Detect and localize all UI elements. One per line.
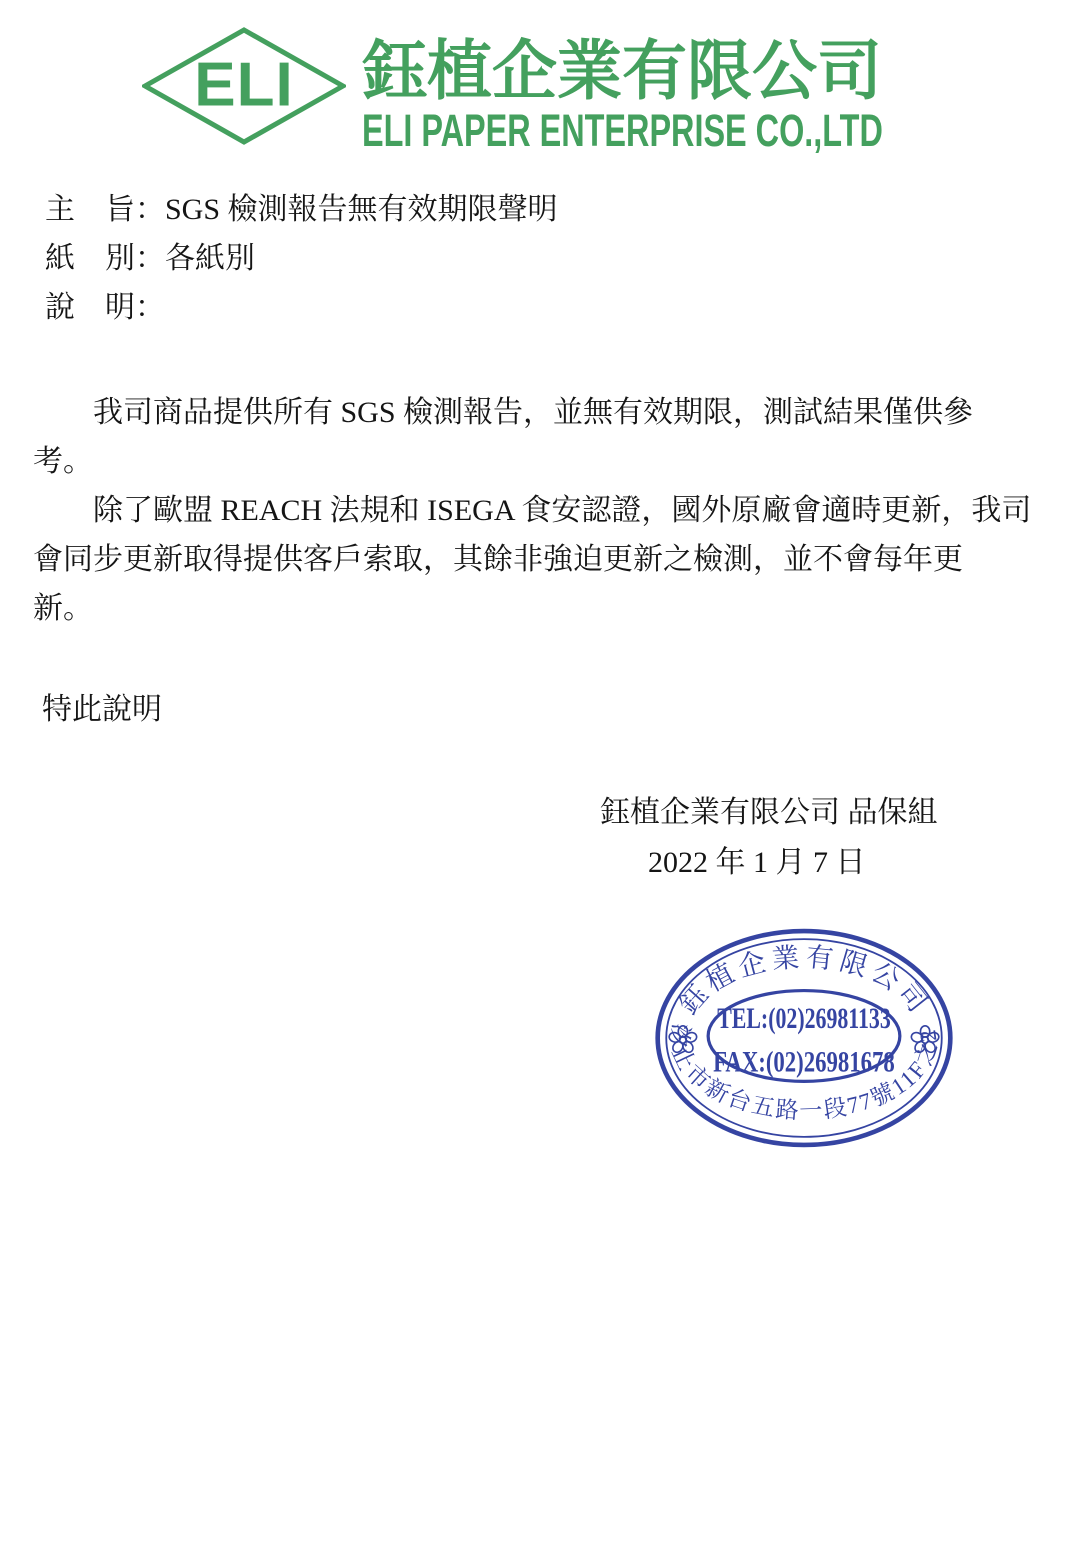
letter-fields: 主 旨：SGS 檢測報告無有效期限聲明 紙 別：各紙別 說 明： <box>45 185 558 332</box>
eli-diamond-logo-icon: ELI <box>142 26 346 146</box>
paragraph2-line2: 會同步更新取得提供客戶索取，其餘非強迫更新之檢測，並不會每年更 <box>33 535 1031 584</box>
subject-line: 主 旨：SGS 檢測報告無有效期限聲明 <box>45 185 558 234</box>
company-name-en: ELI PAPER ENTERPRISE CO.,LTD <box>362 108 883 154</box>
company-seal-stamp-icon: 鈺植企業有限公司 汐止市新台五路一段77號11F之2 TEL:(02)26981… <box>652 927 956 1149</box>
logo-acronym-text: ELI <box>194 50 293 119</box>
stamp-tel-number: TEL:(02)26981133 <box>717 1003 891 1035</box>
company-name-zh: 鈺植企業有限公司 <box>362 37 882 105</box>
paragraph1-line2: 考。 <box>33 437 1031 486</box>
signature-department: 鈺植企業有限公司 品保組 <box>600 787 938 831</box>
paragraph1-line1: 我司商品提供所有 SGS 檢測報告，並無有效期限，測試結果僅供參 <box>33 388 1031 437</box>
paper-type-line: 紙 別：各紙別 <box>45 234 558 283</box>
paragraph2-line3: 新。 <box>33 584 1031 633</box>
closing-statement: 特此說明 <box>42 684 162 728</box>
signature-date: 2022 年 1 月 7 日 <box>648 837 866 881</box>
description-label-line: 說 明： <box>45 283 558 332</box>
letter-body: 我司商品提供所有 SGS 檢測報告，並無有效期限，測試結果僅供參 考。 除了歐盟… <box>33 388 1031 633</box>
letter-page: ELI 鈺植企業有限公司 ELI PAPER ENTERPRISE CO.,LT… <box>0 0 1065 1564</box>
stamp-fax-number: FAX:(02)26981678 <box>713 1046 895 1078</box>
paragraph2-line1: 除了歐盟 REACH 法規和 ISEGA 食安認證，國外原廠會適時更新，我司 <box>33 486 1031 535</box>
